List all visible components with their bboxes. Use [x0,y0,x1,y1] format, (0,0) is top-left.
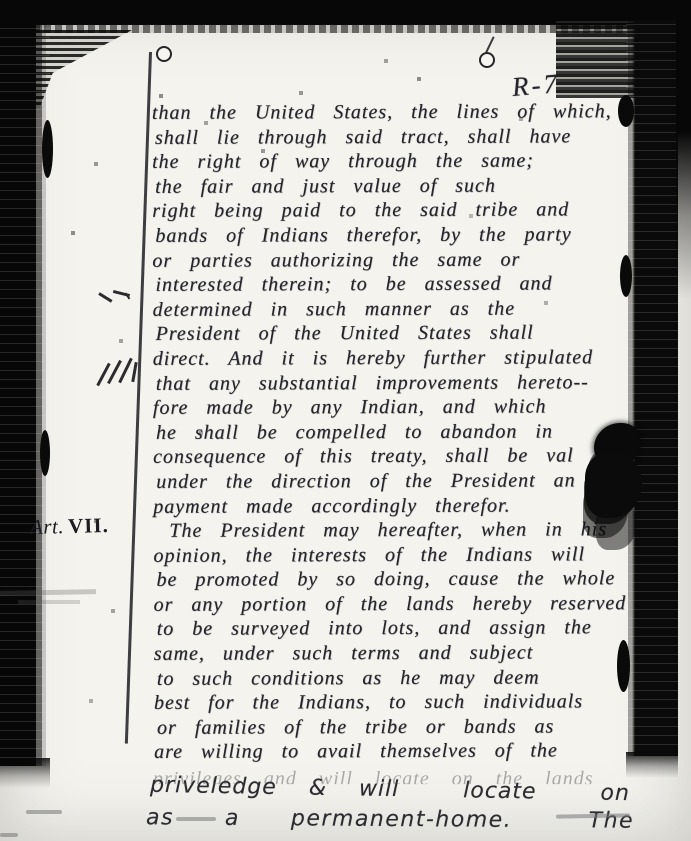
handwritten-line: same, under such terms and subject [154,640,646,666]
handwritten-line: or families of the tribe or bands as [154,714,646,740]
binder-hole-tail-mark [485,36,494,52]
handwritten-annotation-line: as a permanent-home. The [146,805,634,833]
handwritten-text-block: than the United States, the lines of whi… [152,99,646,765]
article-numeral: VII. [68,513,109,538]
margin-article-label: Art. VII. [30,513,109,540]
handwritten-line-article-vii-start: The President may hereafter, when in his [153,517,645,543]
handwritten-line: the right of way through the same; [152,148,644,174]
handwritten-line: interested therein; to be assessed and [152,271,644,297]
handwritten-line: right being paid to the said tribe and [152,198,644,224]
handwritten-line: or any portion of the lands hereby reser… [154,591,646,617]
handwritten-line: direct. And it is hereby further stipula… [153,345,645,371]
faint-dash-mark [0,833,18,837]
paper-speckles [0,0,2,2]
handwritten-line: shall lie through said tract, shall have [152,124,644,150]
handwritten-line: determined in such manner as the [153,296,645,322]
scan-border-left-fade [0,758,50,788]
margin-scribble [131,362,137,382]
handwritten-line: opinion, the interests of the Indians wi… [153,542,645,568]
handwritten-line: are willing to avail themselves of the [154,739,646,765]
handwritten-line: to be surveyed into lots, and assign the [154,616,646,642]
faint-dash-mark [26,810,62,814]
scan-edge-bump [40,430,50,476]
ruled-margin-line [125,52,152,744]
binder-hole-icon [479,52,495,68]
handwritten-line: than the United States, the lines of whi… [152,99,644,125]
faint-dash-mark [176,817,216,821]
handwritten-line: he shall be compelled to abandon in [153,419,645,445]
handwritten-line: under the direction of the President an [153,468,645,494]
handwritten-line: consequence of this treaty, shall be val [153,443,645,469]
handwritten-line: payment made accordingly therefor. [153,493,645,519]
scan-edge-right-strip [676,20,691,300]
scan-edge-bump [42,120,53,178]
handwritten-line: be promoted by so doing, cause the whole [153,566,645,592]
handwritten-line: or parties authorizing the same or [152,247,644,273]
handwritten-line: bands of Indians therefor, by the party [152,222,644,248]
scan-smudge [18,600,80,604]
scan-smudge [0,589,96,596]
article-prefix: Art. [30,514,65,539]
page-code: R-7 [511,68,562,103]
binder-hole-icon [156,46,172,62]
handwritten-line: the fair and just value of such [152,173,644,199]
scanned-treaty-page: R-7 than the United States, the lines of… [0,0,691,841]
handwritten-line: to such conditions as he may deem [154,665,646,691]
margin-scribble [98,292,112,302]
handwritten-annotation-line: priveledge & will locate on the same [150,773,691,810]
handwritten-line: that any substantial improvements hereto… [153,370,645,396]
handwritten-line: best for the Indians, to such individual… [154,689,646,715]
handwritten-line: fore made by any Indian, and which [153,394,645,420]
handwritten-line: President of the United States shall [153,320,645,346]
